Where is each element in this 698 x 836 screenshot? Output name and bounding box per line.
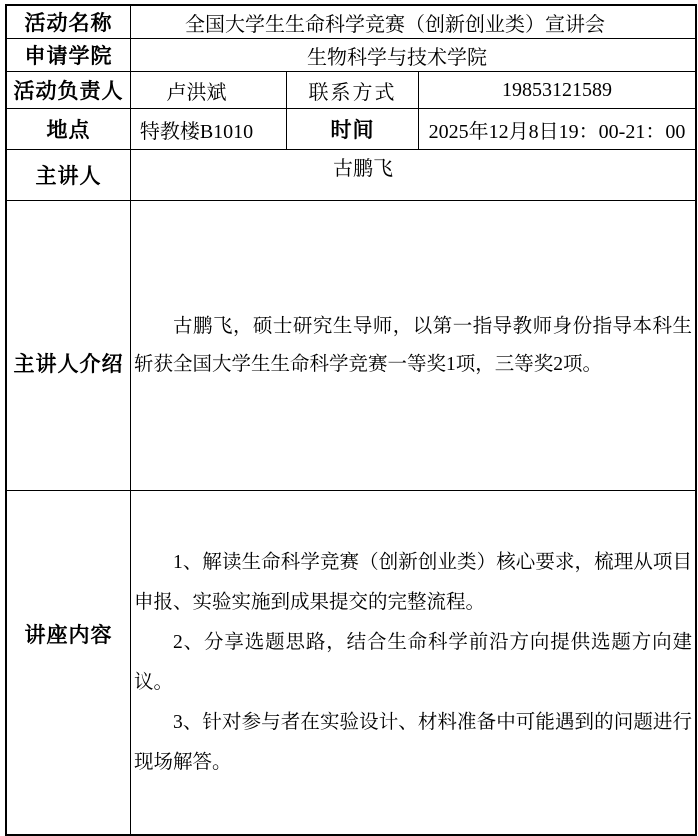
location-value: 特教楼B1010 <box>131 109 287 150</box>
lecture-content-paragraph-3: 3、针对参与者在实验设计、材料准备中可能遇到的问题进行现场解答。 <box>134 703 692 783</box>
college-label: 申请学院 <box>7 39 131 72</box>
lecture-content-text: 1、解读生命科学竞赛（创新创业类）核心要求，梳理从项目申报、实验实施到成果提交的… <box>131 491 695 834</box>
activity-name-value: 全国大学生生命科学竞赛（创新创业类）宣讲会 <box>131 6 695 39</box>
lecture-content-paragraph-1: 1、解读生命科学竞赛（创新创业类）核心要求，梳理从项目申报、实验实施到成果提交的… <box>134 543 692 623</box>
speaker-intro-label: 主讲人介绍 <box>7 201 131 491</box>
speaker-value: 古鹏飞 <box>131 150 695 201</box>
contact-label: 联系方式 <box>287 72 419 109</box>
college-value: 生物科学与技术学院 <box>131 39 695 72</box>
activity-name-label: 活动名称 <box>7 6 131 39</box>
location-label: 地点 <box>7 109 131 150</box>
speaker-intro-text: 古鹏飞，硕士研究生导师，以第一指导教师身份指导本科生斩获全国大学生生命科学竞赛一… <box>131 201 695 491</box>
leader-name-value: 卢洪斌 <box>131 72 287 109</box>
leader-label: 活动负责人 <box>7 72 131 109</box>
time-label: 时间 <box>287 109 419 150</box>
time-value: 2025年12月8日19：00-21：00 <box>419 109 695 150</box>
speaker-intro-paragraph: 古鹏飞，硕士研究生导师，以第一指导教师身份指导本科生斩获全国大学生生命科学竞赛一… <box>134 308 692 384</box>
speaker-label: 主讲人 <box>7 150 131 201</box>
contact-value: 19853121589 <box>419 72 695 109</box>
activity-form-table: 活动名称 全国大学生生命科学竞赛（创新创业类）宣讲会 申请学院 生物科学与技术学… <box>5 4 697 836</box>
lecture-content-label: 讲座内容 <box>7 491 131 834</box>
lecture-content-paragraph-2: 2、分享选题思路，结合生命科学前沿方向提供选题方向建议。 <box>134 623 692 703</box>
